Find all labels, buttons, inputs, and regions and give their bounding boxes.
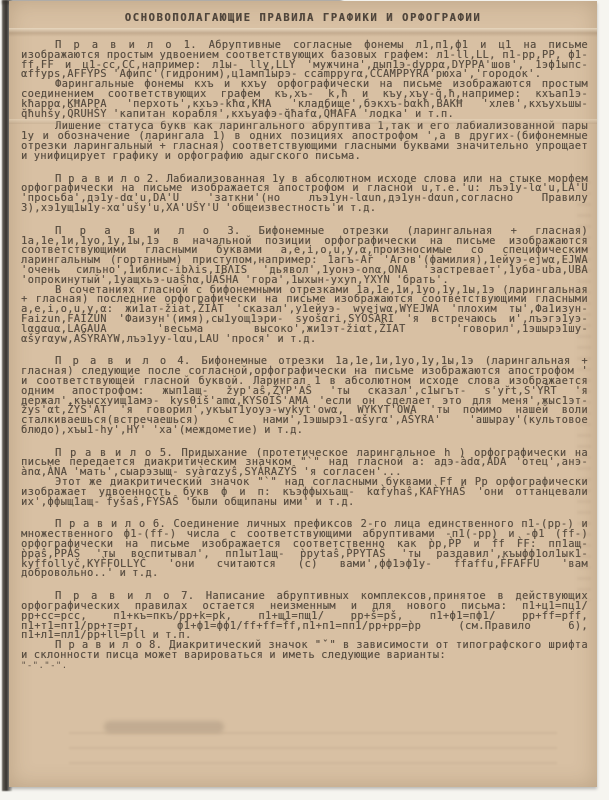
rule-5-note-text: Этот же диакритический значок "`" над со… [21,478,588,507]
rule-1-pharyngeal-text: Фарингальные фонемы кхъ и кхъу орфографи… [21,80,588,119]
document-body: П р а в и л о 1. Абруптивные согласные ф… [21,41,588,661]
rule-6-text: П р а в и л о 6. Соединение личных префи… [21,520,588,579]
rule-7-text: П р а в и л о 7. Написание абруптивных к… [21,592,588,641]
paper-crease [9,28,597,37]
reverse-side-bleed-through [69,727,557,773]
rule-3-note-text: В сочетаниях гласной с бифонемными отрез… [21,286,588,345]
rule-4-text: П р а в и л о 4. Бифонемные отрезки 1а,1… [21,357,588,435]
ink-smudge [104,721,224,733]
document-page: ОСНОВОПОЛАГАЮЩИЕ ПРАВИЛА ГРАФИКИ И ОРФОГ… [9,1,597,787]
rule-8-text: П р а в и л о 8. Диакритический значок "… [21,641,588,661]
rule-2-text: П р а в и л о 2. Лабиализованная 1у в аб… [21,175,588,214]
rule-5-text: П р а в и л о 5. Придыхание (протетическ… [21,449,588,478]
rule-3-text: П р а в и л о 3. Бифонемные отрезки (лар… [21,227,588,286]
rule-1-note-text: Лишение статуса букв как ларингального а… [21,122,588,161]
rule-8-variants-fragment: "-"."-". [21,661,597,671]
document-title: ОСНОВОПОЛАГАЮЩИЕ ПРАВИЛА ГРАФИКИ И ОРФОГ… [9,12,597,24]
rule-1-text: П р а в и л о 1. Абруптивные согласные ф… [21,41,588,80]
